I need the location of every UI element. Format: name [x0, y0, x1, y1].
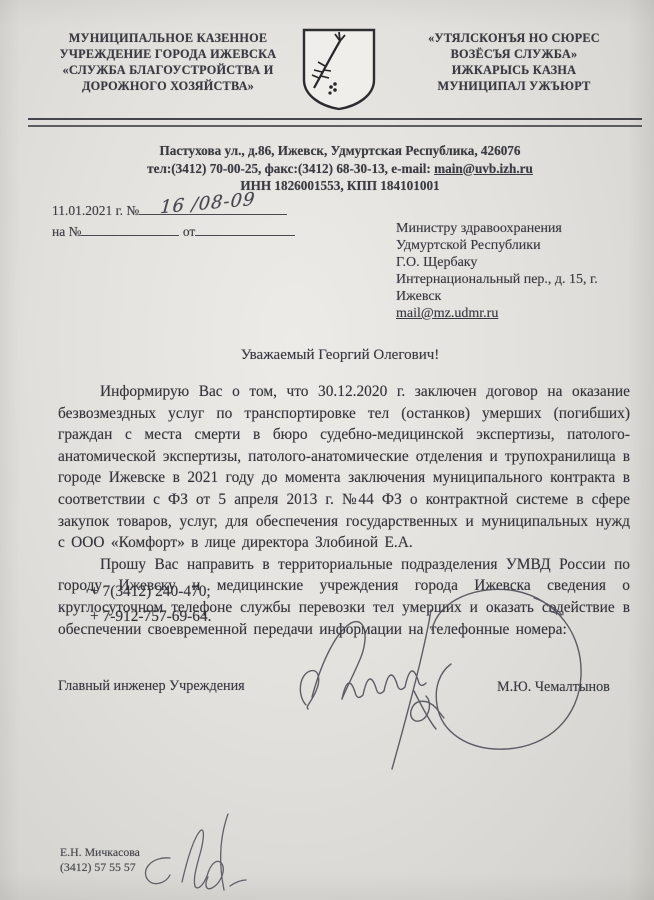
recipient-email: mail@mz.udmr.ru [396, 305, 626, 322]
recipient-region: Удмуртской Республики [396, 237, 626, 254]
org-line: «УТЯЛСКОНЪЯ НО СЮРЕС [390, 30, 638, 46]
executor-name: Е.Н. Мичкасова [60, 845, 140, 860]
inn-kpp-line: ИНН 1826001553, КПП 184101001 [70, 177, 610, 195]
incoming-date-blank [195, 222, 295, 236]
org-line: УЧРЕЖДЕНИЕ ГОРОДА ИЖЕВСКА [48, 46, 288, 62]
org-line: «СЛУЖБА БЛАГОУСТРОЙСТВА И [48, 62, 288, 78]
contact-block: Пастухова ул., д.86, Ижевск, Удмуртская … [70, 142, 610, 195]
on-number-label: на № [52, 224, 81, 239]
reference-block: 11.01.2021 г. № 16 /08-09 на № от [52, 201, 295, 243]
recipient-name: Г.О. Щербаку [396, 254, 626, 271]
executor-block: Е.Н. Мичкасова (3412) 57 55 57 [60, 845, 140, 875]
incoming-number-blank [81, 222, 179, 236]
recipient-street: Интернациональный пер., д. 15, г. [396, 271, 626, 288]
postal-address: Пастухова ул., д.86, Ижевск, Удмуртская … [70, 142, 610, 160]
org-name-russian: МУНИЦИПАЛЬНОЕ КАЗЕННОЕ УЧРЕЖДЕНИЕ ГОРОДА… [48, 30, 288, 94]
recipient-city: Ижевск [396, 288, 626, 305]
letterhead-divider [28, 118, 642, 132]
phone-list: + 7(3412) 240-470; + 7-912-757-69-64. [90, 583, 212, 633]
from-label: от [183, 224, 195, 239]
date-number-label: 11.01.2021 г. № [52, 203, 139, 218]
org-line: ДОРОЖНОГО ХОЗЯЙСТВА» [48, 78, 288, 94]
phone-fax-text: тел:(3412) 70-00-25, факс:(3412) 68-30-1… [147, 161, 434, 176]
org-name-udmurt: «УТЯЛСКОНЪЯ НО СЮРЕС ВОЗЁСЪЯ СЛУЖБА» ИЖК… [390, 30, 638, 94]
divider-line [28, 118, 642, 120]
incoming-number-line: на № от [52, 222, 295, 243]
recipient-title: Министру здравоохранения [396, 220, 626, 237]
org-email: main@uvb.izh.ru [434, 161, 533, 176]
salutation: Уважаемый Георгий Олегович! [0, 347, 654, 364]
recipient-block: Министру здравоохранения Удмуртской Респ… [396, 220, 626, 322]
divider-line [28, 125, 642, 127]
handwritten-signature [284, 576, 606, 778]
org-line: ИЖКАРЫСЬ КАЗНА [390, 62, 638, 78]
phone-fax-email-line: тел:(3412) 70-00-25, факс:(3412) 68-30-1… [70, 160, 610, 178]
izhevsk-coat-of-arms-icon [299, 26, 379, 112]
org-line: МУНИЦИПАЛ УЖЪЮРТ [390, 78, 638, 94]
phone-number-2: + 7-912-757-69-64. [90, 608, 212, 626]
body-paragraph-1: Информирую Вас о том, что 30.12.2020 г. … [58, 381, 630, 554]
signer-position: Главный инженер Учреждения [58, 678, 245, 695]
signer-name: М.Ю. Чемалтынов [497, 679, 610, 696]
executor-initials-scrawl [136, 798, 248, 898]
org-line: МУНИЦИПАЛЬНОЕ КАЗЕННОЕ [48, 30, 288, 46]
outgoing-number-line: 11.01.2021 г. № 16 /08-09 [52, 201, 295, 222]
phone-number-1: + 7(3412) 240-470; [90, 583, 212, 601]
scanned-letter-page: МУНИЦИПАЛЬНОЕ КАЗЕННОЕ УЧРЕЖДЕНИЕ ГОРОДА… [0, 0, 654, 900]
org-line: ВОЗЁСЪЯ СЛУЖБА» [390, 46, 638, 62]
executor-phone: (3412) 57 55 57 [60, 860, 140, 875]
